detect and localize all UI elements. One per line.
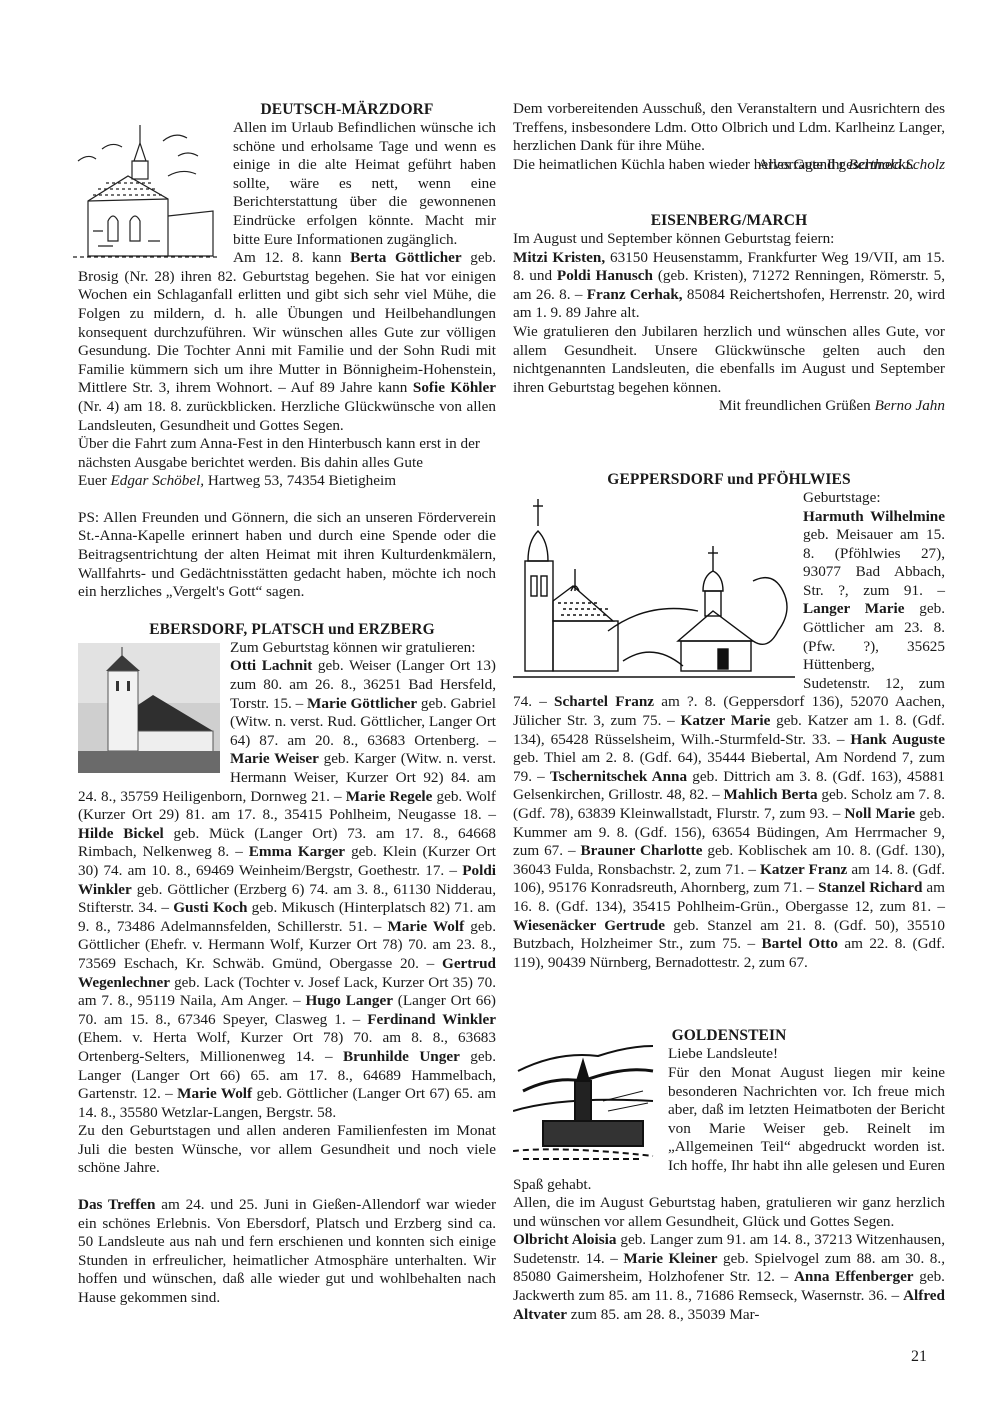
author-name: Edgar Schöbel, bbox=[110, 472, 204, 489]
section-eisenberg: EISENBERG/MARCH Im August und September … bbox=[513, 211, 945, 416]
person-name: Schartel Franz bbox=[554, 693, 654, 710]
treffen-heading: Das Treffen bbox=[78, 1196, 156, 1213]
section-title: GEPPERSDORF und PFÖHLWIES bbox=[513, 470, 945, 489]
person-name: Emma Karger bbox=[249, 843, 345, 860]
person-name: Tschernitschek Anna bbox=[550, 768, 687, 785]
person-name: Hilde Bickel bbox=[78, 825, 164, 842]
birthday-list: Olbricht Aloisia geb. Langer zum 91. am … bbox=[513, 1231, 945, 1324]
birthday-list: Mitzi Kristen, 63150 Heusenstamm, Frankf… bbox=[513, 249, 945, 323]
signature: Euer Edgar Schöbel, Hartweg 53, 74354 Bi… bbox=[78, 472, 496, 491]
town-sketch-illustration bbox=[513, 1041, 658, 1166]
person-name: Gusti Koch bbox=[173, 899, 247, 916]
section-geppersdorf: GEPPERSDORF und PFÖHLWIES bbox=[513, 470, 945, 972]
person-name: Mahlich Berta bbox=[724, 786, 818, 803]
page-number: 21 bbox=[911, 1348, 927, 1366]
person-name: Olbricht Aloisia bbox=[513, 1231, 616, 1248]
church-photo-icon bbox=[78, 643, 220, 773]
churches-drawing-icon bbox=[513, 491, 795, 681]
person-name: Langer Marie bbox=[803, 600, 904, 617]
wishes-paragraph: Zu den Geburtstagen und allen anderen Fa… bbox=[78, 1122, 496, 1178]
wishes-paragraph: Wie gratulieren den Jubilaren herzlich u… bbox=[513, 323, 945, 397]
section-goldenstein: GOLDENSTEIN Liebe Landsleute! Für den Mo… bbox=[513, 1026, 945, 1324]
person-name: Brunhilde Unger bbox=[343, 1048, 460, 1065]
person-name: Poldi Hanusch bbox=[557, 267, 653, 284]
birthday-paragraph: Am 12. 8. kann Berta Göttlicher geb. Bro… bbox=[78, 249, 496, 435]
person-name: Marie Wolf bbox=[177, 1085, 252, 1102]
person-name: Otti Lachnit bbox=[230, 657, 312, 674]
person-name: Ferdinand Winkler bbox=[367, 1011, 496, 1028]
left-column: DEUTSCH-MÄRZDORF Allen im Urlaub bbox=[78, 100, 496, 1308]
person-name: Bartel Otto bbox=[762, 935, 838, 952]
section-title: DEUTSCH-MÄRZDORF bbox=[78, 100, 496, 119]
thanks-paragraph: Dem vorbereitenden Ausschuß, den Veranst… bbox=[513, 100, 945, 156]
author-name: Berno Jahn bbox=[875, 397, 945, 414]
wishes-paragraph: Allen, die im August Geburtstag haben, g… bbox=[513, 1194, 945, 1231]
person-name: Marie Weiser bbox=[230, 750, 319, 767]
person-name: Berta Göttlicher bbox=[350, 249, 462, 266]
chapel-drawing-icon bbox=[68, 121, 223, 261]
person-name: Marie Regele bbox=[346, 788, 433, 805]
person-name: Marie Kleiner bbox=[623, 1250, 717, 1267]
person-name: Sofie Köhler bbox=[413, 379, 496, 396]
person-name: Hugo Langer bbox=[305, 992, 393, 1009]
section-title: EBERSDORF, PLATSCH und ERZBERG bbox=[78, 620, 496, 639]
signature: Mit freundlichen Grüßen Berno Jahn bbox=[513, 397, 945, 416]
chapel-sketch-illustration bbox=[68, 121, 223, 261]
section-intro: Im August und September können Geburtsta… bbox=[513, 230, 945, 249]
churches-sketch-illustration bbox=[513, 491, 795, 681]
person-name: Anna Effenberger bbox=[794, 1268, 914, 1285]
section-deutsch-maerzdorf: DEUTSCH-MÄRZDORF Allen im Urlaub bbox=[78, 100, 496, 602]
person-name: Harmuth Wilhelmine bbox=[803, 508, 945, 525]
person-name: Katzer Franz bbox=[760, 861, 847, 878]
person-name: Mitzi Kristen, bbox=[513, 249, 605, 266]
section-ebersdorf: EBERSDORF, PLATSCH und ERZBERG Zum Gebur… bbox=[78, 620, 496, 1308]
person-name: Marie Göttlicher bbox=[307, 695, 417, 712]
person-name: Hank Auguste bbox=[850, 731, 945, 748]
treffen-paragraph: Das Treffen am 24. und 25. Juni in Gieße… bbox=[78, 1196, 496, 1308]
person-name: Katzer Marie bbox=[681, 712, 771, 729]
person-name: Stanzel Richard bbox=[818, 879, 922, 896]
person-name: Noll Marie bbox=[844, 805, 915, 822]
person-name: Franz Cerhak, bbox=[587, 286, 683, 303]
person-name: Marie Wolf bbox=[387, 918, 464, 935]
church-photo bbox=[78, 643, 220, 773]
person-name: Brauner Charlotte bbox=[581, 842, 703, 859]
person-name: Wiesenäcker Gertrude bbox=[513, 917, 665, 934]
right-column: Dem vorbereitenden Ausschuß, den Veranst… bbox=[513, 100, 945, 1324]
postscript: PS: Allen Freunden und Gönnern, die sich… bbox=[78, 509, 496, 602]
section-ebersdorf-continued: Dem vorbereitenden Ausschuß, den Veranst… bbox=[513, 100, 945, 175]
section-title: EISENBERG/MARCH bbox=[513, 211, 945, 230]
town-drawing-icon bbox=[513, 1041, 658, 1166]
author-name: Berthold Scholz bbox=[848, 156, 945, 173]
event-paragraph: Über die Fahrt zum Anna-Fest in den Hint… bbox=[78, 435, 496, 472]
